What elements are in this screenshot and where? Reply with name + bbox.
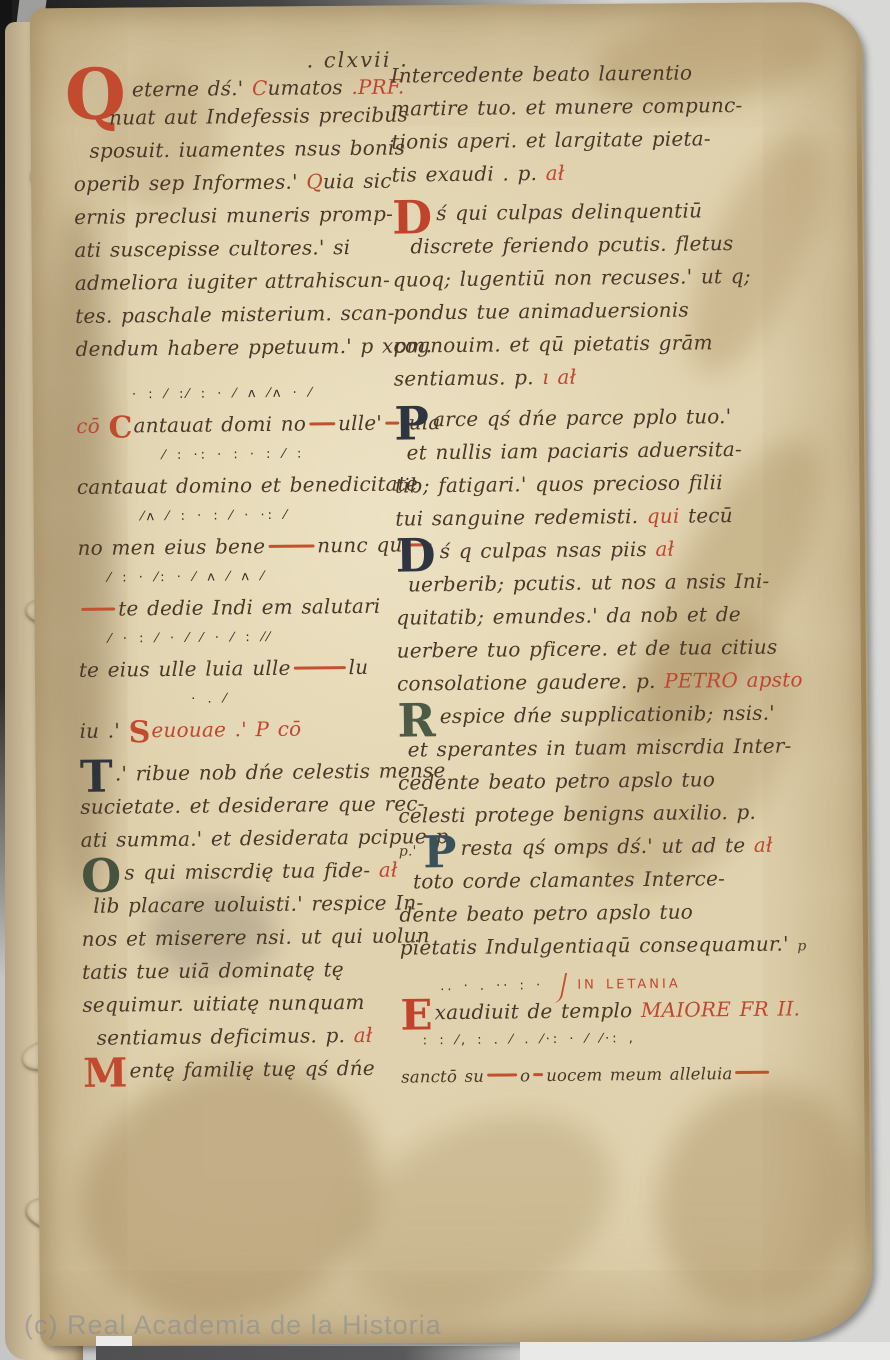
prayer-text-line: tes. paschale misterium. scan- (75, 300, 405, 336)
ink-text: toto corde clamantes Interce- (413, 866, 725, 893)
neume-row: ⁄ʌ ⁄ : · : ⁄ · ·: ⁄ (77, 506, 407, 535)
neume-row: ⁄ : ·: · : · : ⁄ : (77, 445, 407, 474)
prayer-text-line: consolatione gaudere. p. PETRO apsto (397, 667, 817, 704)
ink-text: ernis preclusi muneris promp- (74, 202, 393, 229)
ink-text: entę familię tuę qś dńe (129, 1056, 375, 1083)
ink-text: : : ⁄, : . ⁄ . ⁄·: · ⁄ ⁄·: , (423, 1031, 636, 1048)
prayer-text-line: et nullis iam paciaris aduersita- (394, 436, 814, 473)
ink-text: tionis aperi. et largitate pieta- (391, 126, 711, 153)
chant-text-line: sanctō suouocem meum alleluia (401, 1063, 821, 1097)
prayer-text-line: toto corde clamantes Interce- (399, 865, 819, 902)
ink-text: ś qui culpas delinquentiū (436, 198, 702, 225)
rubric-text: PETRO apsto (656, 667, 803, 693)
prayer-text-line: pondus tue animaduersionis (393, 296, 813, 333)
ink-text: arce qś dńe parce pplo tuo.' (433, 404, 732, 431)
prayer-text-line: sequimur. uitiatę nunquam (82, 989, 412, 1025)
prayer-text-line: et sperantes in tuam miscrdia Inter- (398, 733, 818, 770)
ink-text: dendum habere ppetuum.' p xpm. (75, 333, 432, 361)
chant-text-line: no men eius benenunc qu (77, 532, 407, 570)
ink-text: pondus tue animaduersionis (393, 298, 689, 325)
red-line-filler (533, 1073, 543, 1076)
ink-text: no men eius bene (77, 534, 265, 560)
red-line-filler (487, 1073, 517, 1076)
ink-text: martire tuo. et munere compunc- (391, 93, 743, 121)
prayer-text-line: admeliora iugiter attrahiscun- (75, 267, 405, 303)
ink-text: tib; fatigari.' quos precioso filii (395, 470, 723, 497)
ink-text: o (520, 1066, 530, 1085)
prayer-text-line: sposuit. iuamentes nsus bonis (73, 135, 403, 171)
rubric-text: MAIORE FR II. (632, 996, 800, 1022)
prayer-text-line: uerbere tuo pficere. et de tua citius (397, 634, 817, 671)
prayer-text-line: sentiamus. p. ı ał (394, 362, 814, 399)
prayer-text-line: sucietate. et desiderare que rec- (80, 791, 410, 827)
ink-text: xaudiuit de templo (435, 998, 633, 1024)
prayer-text-line: nos et miserere nsi. ut qui uolun (82, 923, 412, 959)
ink-text: te dedie Indi em salutari (118, 594, 380, 621)
ink-text: celesti protege benigns auxilio. p. (398, 800, 756, 828)
prayer-text-line: dente beato petro apslo tuo (399, 898, 819, 935)
prayer-text-line: Intercedente beato laurentio (391, 59, 811, 96)
prayer-text-line: tui sanguine redemisti. qui tecū (395, 502, 815, 539)
prayer-text-line: Respice dńe supplicationib; nsis.' (397, 700, 817, 737)
chant-text-line: cō Cantauat domi noulle'luia (76, 410, 406, 448)
rubric-text: Q (306, 169, 323, 193)
ink-text: uerberib; pcutis. ut nos a nsis Ini- (408, 569, 770, 597)
copyright-watermark: (c) Real Academia de la Historia (24, 1310, 442, 1341)
prayer-text-line: ati summa.' et desiderata pcipue p. (81, 824, 411, 860)
ink-text: et nullis iam paciaris aduersita- (406, 437, 741, 465)
prayer-text-line: tis exaudi . p. ał (392, 158, 812, 195)
chant-text-line: te dedie Indi em salutari (78, 593, 408, 631)
prayer-text-line: dendum habere ppetuum.' p xpm. (75, 333, 405, 369)
ink-text: tes. paschale misterium. scan- (75, 301, 395, 328)
ink-text: eterne dś.' (132, 76, 252, 101)
ink-text: sentiamus. p. (394, 365, 534, 390)
ink-text: p (797, 938, 806, 954)
ink-text: s qui miscrdię tua fide- (124, 858, 370, 885)
neume-row: ⁄ : · ⁄: · ⁄ ʌ ⁄ ʌ ⁄ (78, 567, 408, 596)
ink-text: antauat domi no (133, 412, 306, 438)
scan-bed-shadow (96, 1346, 536, 1360)
red-line-filler (81, 608, 115, 611)
ink-text: p.' (399, 843, 424, 859)
neume-row: ⁄ · : ⁄ · ⁄ ⁄ · ⁄ : ⁄⁄ (78, 628, 408, 657)
ink-text: ati suscepisse cultores.' si (74, 235, 350, 262)
ink-text: iu .' (79, 718, 128, 743)
prayer-text-line: uerberib; pcutis. ut nos a nsis Ini- (396, 568, 816, 605)
rubric-text: ı ał (534, 365, 577, 389)
ink-text: ⁄ʌ ⁄ : · : ⁄ · ·: ⁄ (141, 508, 289, 525)
ink-text: admeliora iugiter attrahiscun- (75, 268, 390, 295)
prayer-text-line: discrete feriendo pcutis. fletus (392, 230, 812, 267)
ink-text: · . ⁄ (191, 691, 229, 706)
ink-text: uia sic (323, 169, 392, 194)
prayer-text-line: Exaudiuit de templo MAIORE FR II. (400, 996, 820, 1033)
prayer-text-line: Dś qui culpas delinquentiū (392, 197, 812, 234)
prayer-text-line: p.' Presta qś omps dś.' ut ad te ał (399, 832, 819, 869)
prayer-text-line: pietatis Indulgentiaqū consequamur.' p (400, 931, 820, 968)
ink-text: ⁄ : ·: · : · : ⁄ : (163, 447, 305, 463)
ink-text: · : ⁄ :⁄ : · ⁄ ʌ ⁄ʌ · ⁄ (132, 385, 314, 402)
scan-bed-light (520, 1342, 890, 1360)
prayer-text-line: lib placare uoluisti.' respice In- (81, 890, 411, 926)
red-line-filler (294, 666, 346, 670)
prayer-text-line: cedente beato petro apslo tuo (398, 766, 818, 803)
ink-text: tui sanguine redemisti. (395, 504, 647, 531)
ink-text: resta qś omps dś.' ut ad te (460, 833, 745, 860)
manuscript-page: . clxvii . Qeterne dś.' Cumatos .PRF.nua… (30, 2, 873, 1347)
neume-row: : : ⁄, : . ⁄ . ⁄·: · ⁄ ⁄·: , (401, 1029, 821, 1059)
ink-text: cantauat domino et benedicitate (77, 471, 418, 499)
ink-text: ⁄ · : ⁄ · ⁄ ⁄ · ⁄ : ⁄⁄ (108, 630, 272, 647)
rubric-text: P cō (247, 717, 302, 742)
ink-text: tatis tue uiā dominatę tę (82, 957, 344, 984)
prayer-text-line: cognouim. et qū pietatis grām (393, 329, 813, 366)
ink-text: cognouim. et qū pietatis grām (393, 330, 713, 357)
rubric-text: ał (345, 1023, 373, 1047)
chant-text-line: cantauat domino et benedicitate (77, 471, 407, 509)
right-column: Intercedente beato laurentiomartire tuo.… (391, 59, 822, 1097)
prayer-text-line: Qeterne dś.' Cumatos .PRF. (73, 70, 403, 106)
prayer-text-line: Parce qś dńe parce pplo tuo.' (394, 403, 814, 440)
ink-text: nos et miserere nsi. ut qui uolun (82, 923, 430, 951)
red-line-filler (735, 1071, 769, 1074)
ink-text: sequimur. uitiatę nunquam (82, 990, 364, 1017)
prayer-text-line: tatis tue uiā dominatę tę (82, 956, 412, 992)
prayer-text-line: tib; fatigari.' quos precioso filii (395, 469, 815, 506)
ink-text: lu (348, 655, 368, 679)
illuminated-initial: Q (65, 94, 126, 95)
ink-text: espice dńe supplicationib; nsis.' (440, 701, 775, 729)
red-line-filler (268, 544, 314, 547)
ink-text: umatos (267, 75, 343, 100)
red-line-filler (309, 422, 335, 425)
ink-text: ⁄ : · ⁄: · ⁄ ʌ ⁄ ʌ ⁄ (108, 569, 267, 586)
ink-text: dente beato petro apslo tuo (399, 900, 693, 927)
ink-text: cedente beato petro apslo tuo (398, 767, 715, 794)
prayer-text-line: celesti protege benigns auxilio. p. (398, 799, 818, 836)
ink-text: et sperantes in tuam miscrdia Inter- (408, 733, 792, 761)
ink-text: operib sep Informes.' (74, 170, 307, 196)
rubric-text: ał (647, 537, 675, 561)
rubric-text: IN LETANIA (568, 977, 681, 993)
ink-text: ś q culpas nsas piis (440, 537, 647, 563)
left-column: Qeterne dś.' Cumatos .PRF.nuat aut Indef… (73, 70, 414, 1092)
ink-text: Intercedente beato laurentio (391, 60, 693, 87)
ink-text: .. · . ·· : · (440, 978, 543, 994)
ink-text: quitatib; emundes.' da nob et de (396, 602, 741, 630)
ink-text: discrete feriendo pcutis. fletus (410, 231, 733, 258)
prayer-text-line: sentiamus deficimus. p. ał (83, 1022, 413, 1058)
ink-text: uocem meum alleluia (546, 1064, 733, 1085)
text-layer: . clxvii . Qeterne dś.' Cumatos .PRF.nua… (28, 1, 875, 1348)
ink-text: sucietate. et desiderare que rec- (80, 791, 425, 819)
ink-text: lib placare uoluisti.' respice In- (93, 890, 423, 917)
prayer-text-line: Dś q culpas nsas piis ał (396, 535, 816, 572)
rubric-text: C (252, 76, 268, 100)
prayer-text-line: tionis aperi. et largitate pieta- (391, 125, 811, 162)
rubric-text: cō (76, 414, 108, 438)
ink-text: uerbere tuo pficere. et de tua citius (397, 635, 778, 663)
rubric-text: ał (537, 161, 565, 185)
ink-text: .' ribue nob dńe celestis mense (115, 758, 446, 785)
prayer-text-line: T.' ribue nob dńe celestis mense (80, 758, 410, 794)
chant-text-line: te eius ulle luia ullelu (79, 654, 409, 692)
rubric-text: qui (647, 504, 680, 528)
prayer-text-line: quitatib; emundes.' da nob et de (396, 601, 816, 638)
prayer-text-line: operib sep Informes.' Quia sic (74, 168, 404, 204)
ink-text: nuat aut Indefessis precibus (109, 102, 408, 129)
ink-text: tis exaudi . p. (392, 161, 538, 187)
prayer-text-line: ati suscepisse cultores.' si (74, 234, 404, 270)
ink-text: tecū (679, 503, 733, 528)
prayer-text-line: martire tuo. et munere compunc- (391, 92, 811, 129)
ink-text: pietatis Indulgentiaqū consequamur.' (400, 931, 798, 959)
prayer-text-line: Mentę familię tuę qś dńe (83, 1055, 413, 1091)
ink-text: sanctō su (401, 1067, 484, 1087)
ink-text: te eius ulle luia ulle (79, 656, 291, 682)
ink-text: ulle' (338, 411, 382, 435)
chant-text-line: iu .' Seuouae .' P cō (79, 715, 409, 753)
rubric-text: euouae .' (151, 717, 247, 742)
rubric-text: ał (370, 858, 398, 882)
ink-text: consolatione gaudere. p. (397, 669, 656, 696)
ink-text: sposuit. iuamentes nsus bonis (89, 135, 405, 162)
rubric-text: ał (745, 833, 773, 857)
ink-text: sentiamus deficimus. p. (97, 1023, 346, 1050)
ink-text: quoq; lugentiū non recuses.' ut q; (393, 264, 751, 292)
ink-text: nunc qu (317, 533, 403, 558)
prayer-text-line: nuat aut Indefessis precibus (73, 103, 403, 139)
prayer-text-line: quoq; lugentiū non recuses.' ut q; (393, 263, 813, 300)
prayer-text-line: ernis preclusi muneris promp- (74, 201, 404, 237)
prayer-text-line: Os qui miscrdię tua fide- ał (81, 857, 411, 893)
